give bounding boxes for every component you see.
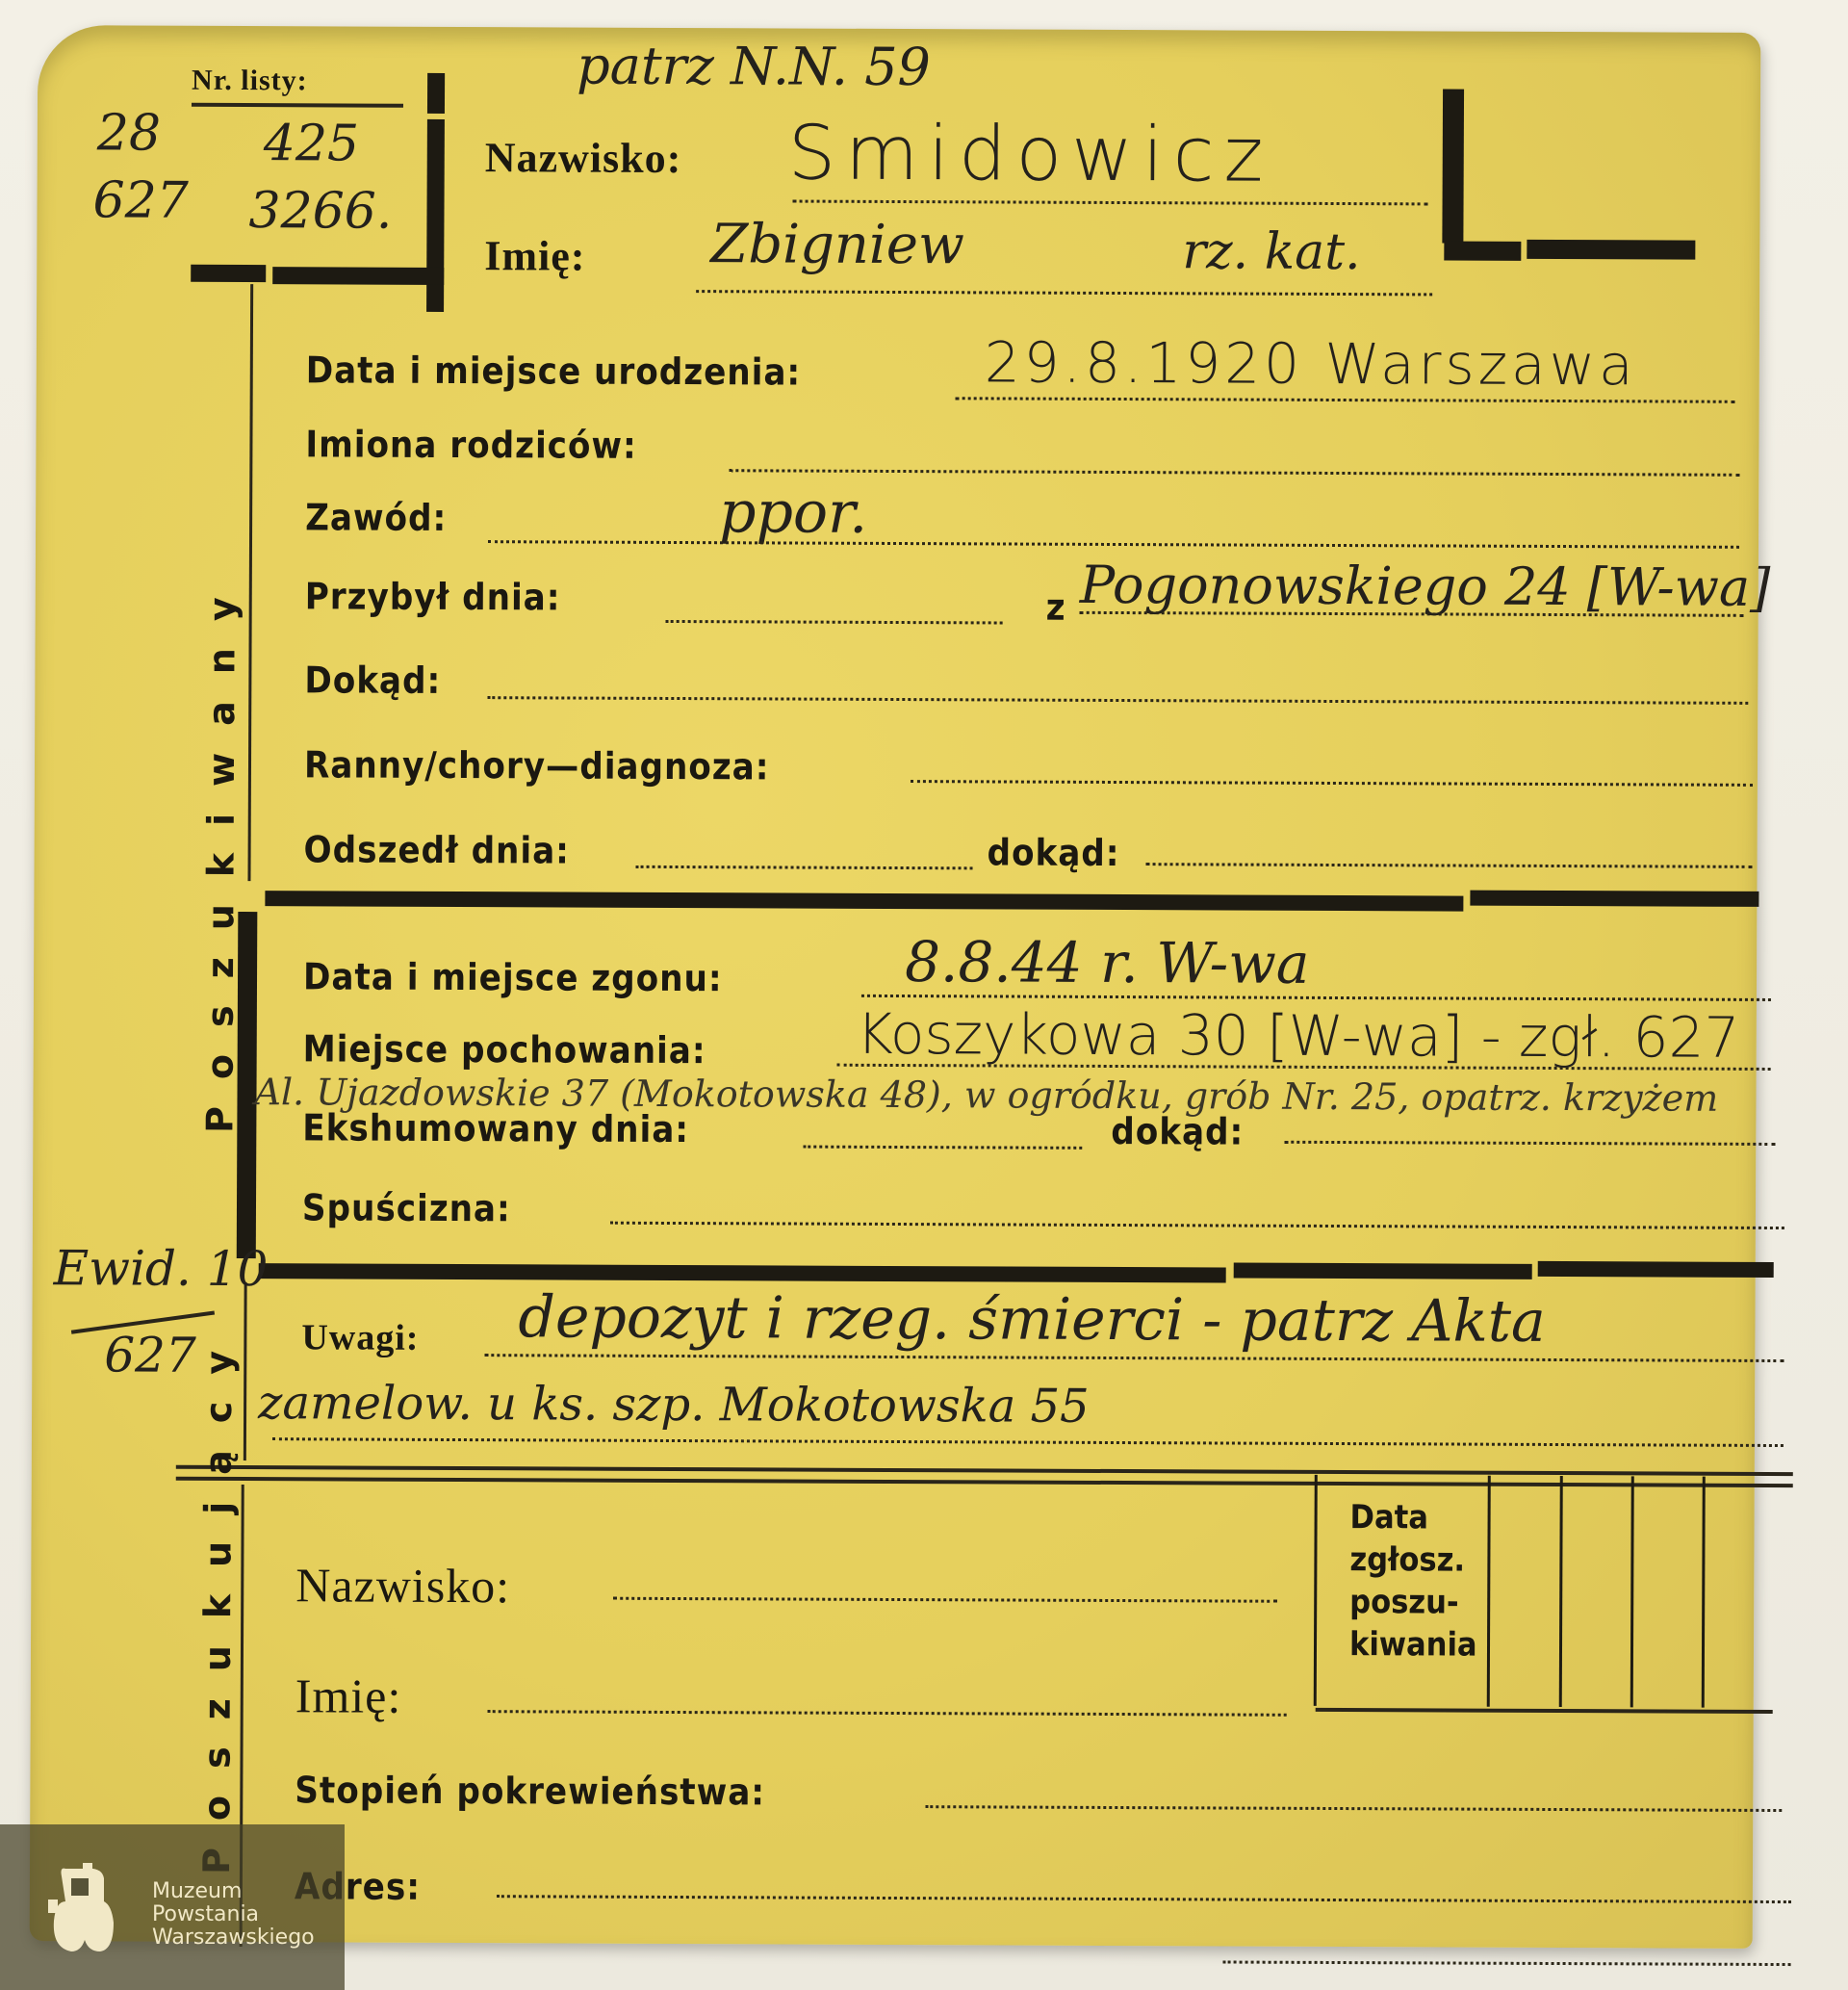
remarks-margin-note-1: Ewid. 10 [54, 1240, 269, 1297]
exhumed-to-label: dokąd: [1111, 1110, 1244, 1153]
report-grid-column [1630, 1476, 1634, 1707]
remarks-line-rule-2 [272, 1437, 1784, 1447]
margin-note-top-1: 28 [97, 104, 161, 162]
report-date-header-line: kiwania [1349, 1623, 1475, 1667]
corner-bracket [191, 265, 266, 282]
departed-label: Odszedł dnia: [304, 828, 570, 871]
museum-name-line: Muzeum [152, 1880, 242, 1903]
address-line [497, 1895, 1791, 1903]
relation-label: Stopień pokrewieństwa: [295, 1769, 765, 1813]
searcher-surname-label: Nazwisko: [295, 1557, 510, 1614]
destination-label: Dokąd: [304, 659, 441, 702]
header-note: patrz N.N. 59 [577, 36, 931, 98]
death-line [861, 995, 1771, 1001]
section-divider-thick [1234, 1263, 1532, 1279]
margin-note-top-2: 627 [92, 171, 189, 229]
corner-bracket [427, 73, 445, 114]
searcher-first-name-label: Imię: [295, 1667, 402, 1723]
estate-line [610, 1222, 1784, 1229]
report-grid-border [1314, 1475, 1318, 1706]
list-number-value-2: 3266. [248, 182, 392, 241]
museum-name-line: Powstania [152, 1903, 259, 1926]
report-grid-column [1559, 1476, 1563, 1707]
profession-line [488, 540, 1739, 549]
burial-label: Miejsce pochowania: [303, 1027, 706, 1072]
first-name-label: Imię: [484, 231, 585, 280]
report-grid-column [1702, 1477, 1706, 1708]
exhumed-line [803, 1146, 1082, 1150]
death-label: Data i miejsce zgonu: [303, 955, 723, 999]
report-date-header: Data zgłosz. poszu- kiwania [1349, 1496, 1476, 1667]
departed-to-label: dokąd: [988, 831, 1120, 874]
corner-bracket-right [1527, 240, 1695, 260]
departed-to-line [1146, 863, 1753, 868]
remarks-line-1: depozyt i rzeg. śmierci - patrz Akta [518, 1283, 1546, 1356]
profession-value: ppor. [719, 478, 867, 547]
corner-bracket-right [1442, 89, 1464, 243]
relation-line [925, 1805, 1782, 1812]
departed-line [636, 866, 973, 870]
anchor-logo-icon [46, 1863, 133, 1954]
remarks-margin-note-2: 627 [104, 1327, 196, 1383]
first-name-extra: rz. kat. [1182, 222, 1361, 281]
exhumed-to-line [1284, 1141, 1775, 1146]
list-number-label: Nr. listy: [192, 65, 308, 98]
first-name-value: Zbigniew [710, 213, 964, 276]
birth-value: 29.8.1920 Warszawa [985, 329, 1637, 398]
section-divider-thick [1470, 891, 1758, 907]
parents-line [729, 469, 1739, 477]
arrived-label: Przybył dnia: [305, 575, 561, 618]
arrived-from-prefix: z [1046, 586, 1066, 629]
death-value: 8.8.44 r. W-wa [905, 929, 1310, 996]
destination-line [487, 696, 1748, 705]
searcher-surname-line [613, 1597, 1277, 1603]
section-label-searcher: Poszukujący [195, 1324, 240, 1874]
wounded-label: Ranny/chory—diagnoza: [304, 743, 770, 788]
remarks-line-rule-1 [484, 1354, 1784, 1362]
corner-bracket [272, 267, 444, 285]
double-rule [176, 1477, 1793, 1487]
address-line-2 [1223, 1960, 1791, 1966]
profession-label: Zawód: [305, 496, 447, 539]
section-divider-thick [1538, 1261, 1774, 1278]
surname-value: Smidowicz [788, 111, 1273, 199]
wounded-line [911, 780, 1753, 787]
arrived-line [666, 620, 1003, 625]
corner-bracket-right [1444, 241, 1521, 260]
birth-label: Data i miejsce urodzenia: [306, 349, 802, 393]
report-date-header-line: Data [1350, 1496, 1476, 1539]
list-number-value-1: 425 [264, 115, 360, 172]
arrived-from-value: Pogonowskiego 24 [W-wa] [1080, 555, 1771, 618]
estate-label: Spuścizna: [302, 1186, 511, 1229]
burial-value: Koszykowa 30 [W-wa] - zgł. 627 [857, 1001, 1740, 1071]
report-grid-bottom [1316, 1708, 1773, 1714]
museum-name-line: Warszawskiego [152, 1926, 315, 1950]
record-card: Nr. listy: 425 3266. 28 627 patrz N.N. 5… [30, 25, 1761, 1949]
double-rule [176, 1465, 1793, 1476]
section-divider-thick [259, 1263, 1226, 1282]
report-date-header-line: poszu- [1349, 1581, 1475, 1624]
exhumed-label: Ekshumowany dnia: [302, 1106, 689, 1150]
section-divider [247, 284, 253, 881]
parents-label: Imiona rodziców: [305, 423, 636, 467]
section-divider [244, 1282, 247, 1460]
surname-line [793, 200, 1428, 206]
list-number-underline [192, 103, 403, 108]
museum-watermark: Muzeum Powstania Warszawskiego [0, 1824, 345, 1990]
report-grid-column [1487, 1476, 1491, 1707]
remarks-label: Uwagi: [301, 1316, 419, 1359]
report-date-header-line: zgłosz. [1349, 1538, 1475, 1582]
section-divider-thick [265, 891, 1463, 911]
surname-label: Nazwisko: [485, 133, 682, 183]
searcher-first-name-line [488, 1710, 1287, 1717]
remarks-line-2: zamelow. u ks. szp. Mokotowska 55 [258, 1376, 1090, 1434]
first-name-line [696, 290, 1432, 296]
